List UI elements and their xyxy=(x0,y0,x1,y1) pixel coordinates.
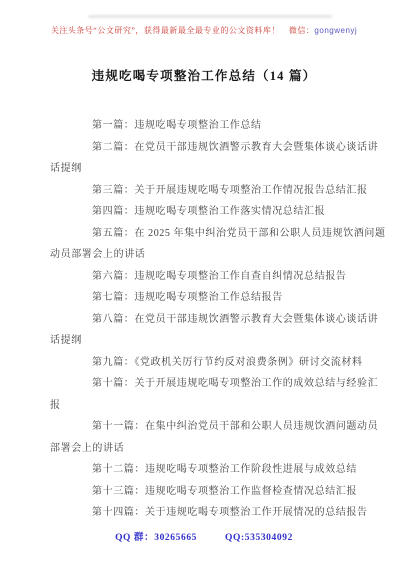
toc-line: 话提纲 xyxy=(50,330,378,352)
promo-header: 关注头条号“公文研究”，获得最新最全最专业的公文资料库！微信：gongwenyj xyxy=(0,25,408,36)
promo-text: 关注头条号“公文研究”，获得最新最全最专业的公文资料库！ xyxy=(51,26,280,35)
wechat-id: gongwenyj xyxy=(314,26,357,35)
toc-line: 第十篇：关于开展违规吃喝专项整治工作的成效总结与经验汇 xyxy=(50,373,378,395)
scan-smudge xyxy=(88,15,332,18)
qq-number: 535304092 xyxy=(245,533,293,543)
page-title: 违规吃喝专项整治工作总结（14 篇） xyxy=(0,66,408,84)
toc-line: 第五篇：在 2025 年集中纠治党员干部和公职人员违规饮酒问题 xyxy=(50,223,378,245)
toc-line: 报 xyxy=(50,395,378,417)
toc-line: 第一篇：违规吃喝专项整治工作总结 xyxy=(50,115,378,137)
toc-line: 第十二篇：违规吃喝专项整治工作阶段性进展与成效总结 xyxy=(50,459,378,481)
toc-line: 第三篇：关于开展违规吃喝专项整治工作情况报告总结汇报 xyxy=(50,180,378,202)
toc-line: 第七篇：违规吃喝专项整治工作总结报告 xyxy=(50,287,378,309)
toc-line: 第十一篇：在集中纠治党员干部和公职人员违规饮酒问题动员 xyxy=(50,416,378,438)
wechat-label: 微信： xyxy=(289,26,315,35)
toc-line: 第八篇：在党员干部违规饮酒警示教育大会暨集体谈心谈话讲 xyxy=(50,309,378,331)
qq-group-label: QQ 群： xyxy=(115,533,154,543)
toc-line: 部署会上的讲话 xyxy=(50,438,378,460)
toc-line: 第十三篇：违规吃喝专项整治工作监督检查情况总结汇报 xyxy=(50,481,378,503)
toc-line: 第二篇：在党员干部违规饮酒警示教育大会暨集体谈心谈话讲 xyxy=(50,137,378,159)
qq-label: QQ: xyxy=(225,533,245,543)
toc-line: 动员部署会上的讲话 xyxy=(50,244,378,266)
toc-line: 第六篇：违规吃喝专项整治工作自查自纠情况总结报告 xyxy=(50,266,378,288)
document-page: 关注头条号“公文研究”，获得最新最全最专业的公文资料库！微信：gongwenyj… xyxy=(0,0,408,580)
toc-line: 第九篇：《党政机关厉行节约反对浪费条例》研讨交流材料 xyxy=(50,352,378,374)
toc-line: 第十四篇：关于违规吃喝专项整治工作开展情况的总结报告 xyxy=(50,502,378,524)
toc-line: 话提纲 xyxy=(50,158,378,180)
toc: 第一篇：违规吃喝专项整治工作总结第二篇：在党员干部违规饮酒警示教育大会暨集体谈心… xyxy=(50,115,378,524)
qq-group-number: 30265665 xyxy=(154,533,197,543)
toc-line: 第四篇：违规吃喝专项整治工作落实情况总结汇报 xyxy=(50,201,378,223)
footer-contact: QQ 群：30265665QQ:535304092 xyxy=(0,529,408,543)
